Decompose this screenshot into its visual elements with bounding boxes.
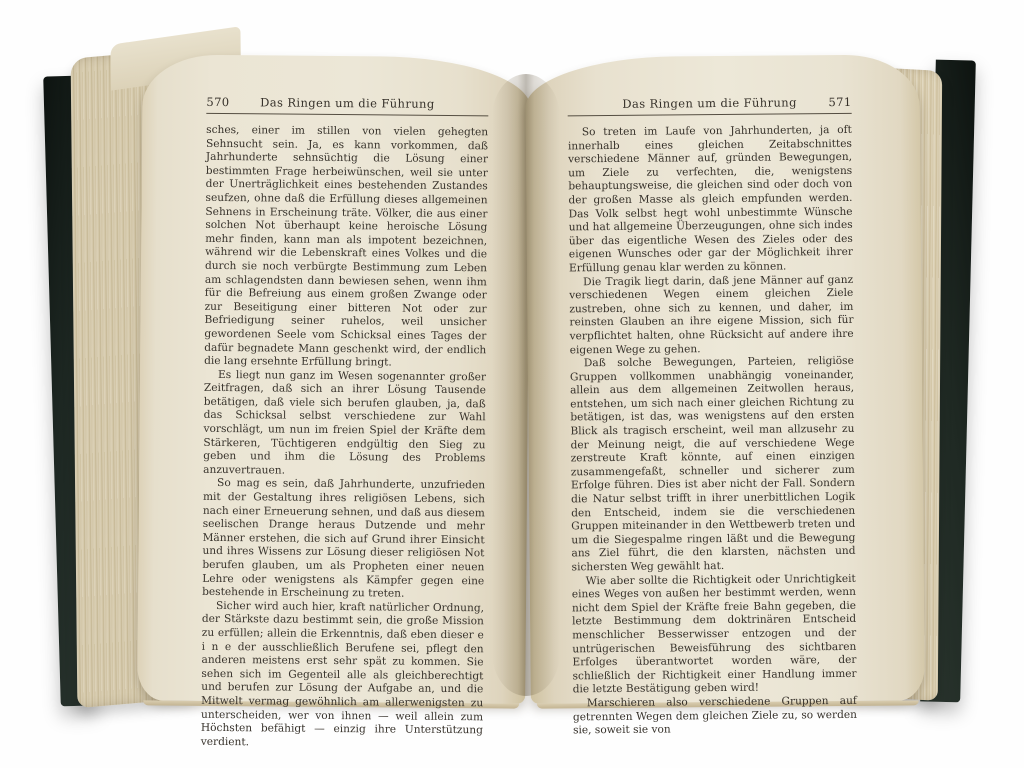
right-page-number: 571 xyxy=(828,95,851,109)
paragraph: Daß solche Bewegungen, Parteien, religiö… xyxy=(570,355,856,575)
left-page-text: sches, einer im stillen von vielen geheg… xyxy=(201,124,488,752)
paragraph: So mag es sein, daß Jahrhunderte, unzufr… xyxy=(202,477,485,602)
left-page: 570 Das Ringen um die Führung sches, ein… xyxy=(137,54,531,703)
paragraph: sches, einer im stillen von vielen geheg… xyxy=(204,124,488,371)
paragraph: Es liegt nun ganz im Wesen sogenannter g… xyxy=(203,369,486,480)
right-page-header: Das Ringen um die Führung 571 xyxy=(568,95,852,116)
paragraph: Wie aber sollte die Richtigkeit oder Unr… xyxy=(572,572,857,697)
paragraph: Die Tragik liegt darin, daß jene Männer … xyxy=(569,273,854,357)
book-photo: 570 Das Ringen um die Führung sches, ein… xyxy=(0,0,1024,768)
paragraph: Sicher wird auch hier, kraft natürlicher… xyxy=(201,600,484,752)
left-running-head: Das Ringen um die Führung xyxy=(260,95,435,111)
right-running-head: Das Ringen um die Führung xyxy=(622,95,797,111)
paragraph: So treten im Laufe von Jahrhunderten, ja… xyxy=(568,124,853,276)
right-page: Das Ringen um die Führung 571 So treten … xyxy=(525,54,925,703)
left-page-header: 570 Das Ringen um die Führung xyxy=(206,95,488,116)
paragraph: Marschieren also verschiedene Gruppen au… xyxy=(573,695,857,738)
right-page-text: So treten im Laufe von Jahrhunderten, ja… xyxy=(568,124,857,738)
left-page-number: 570 xyxy=(206,95,229,109)
